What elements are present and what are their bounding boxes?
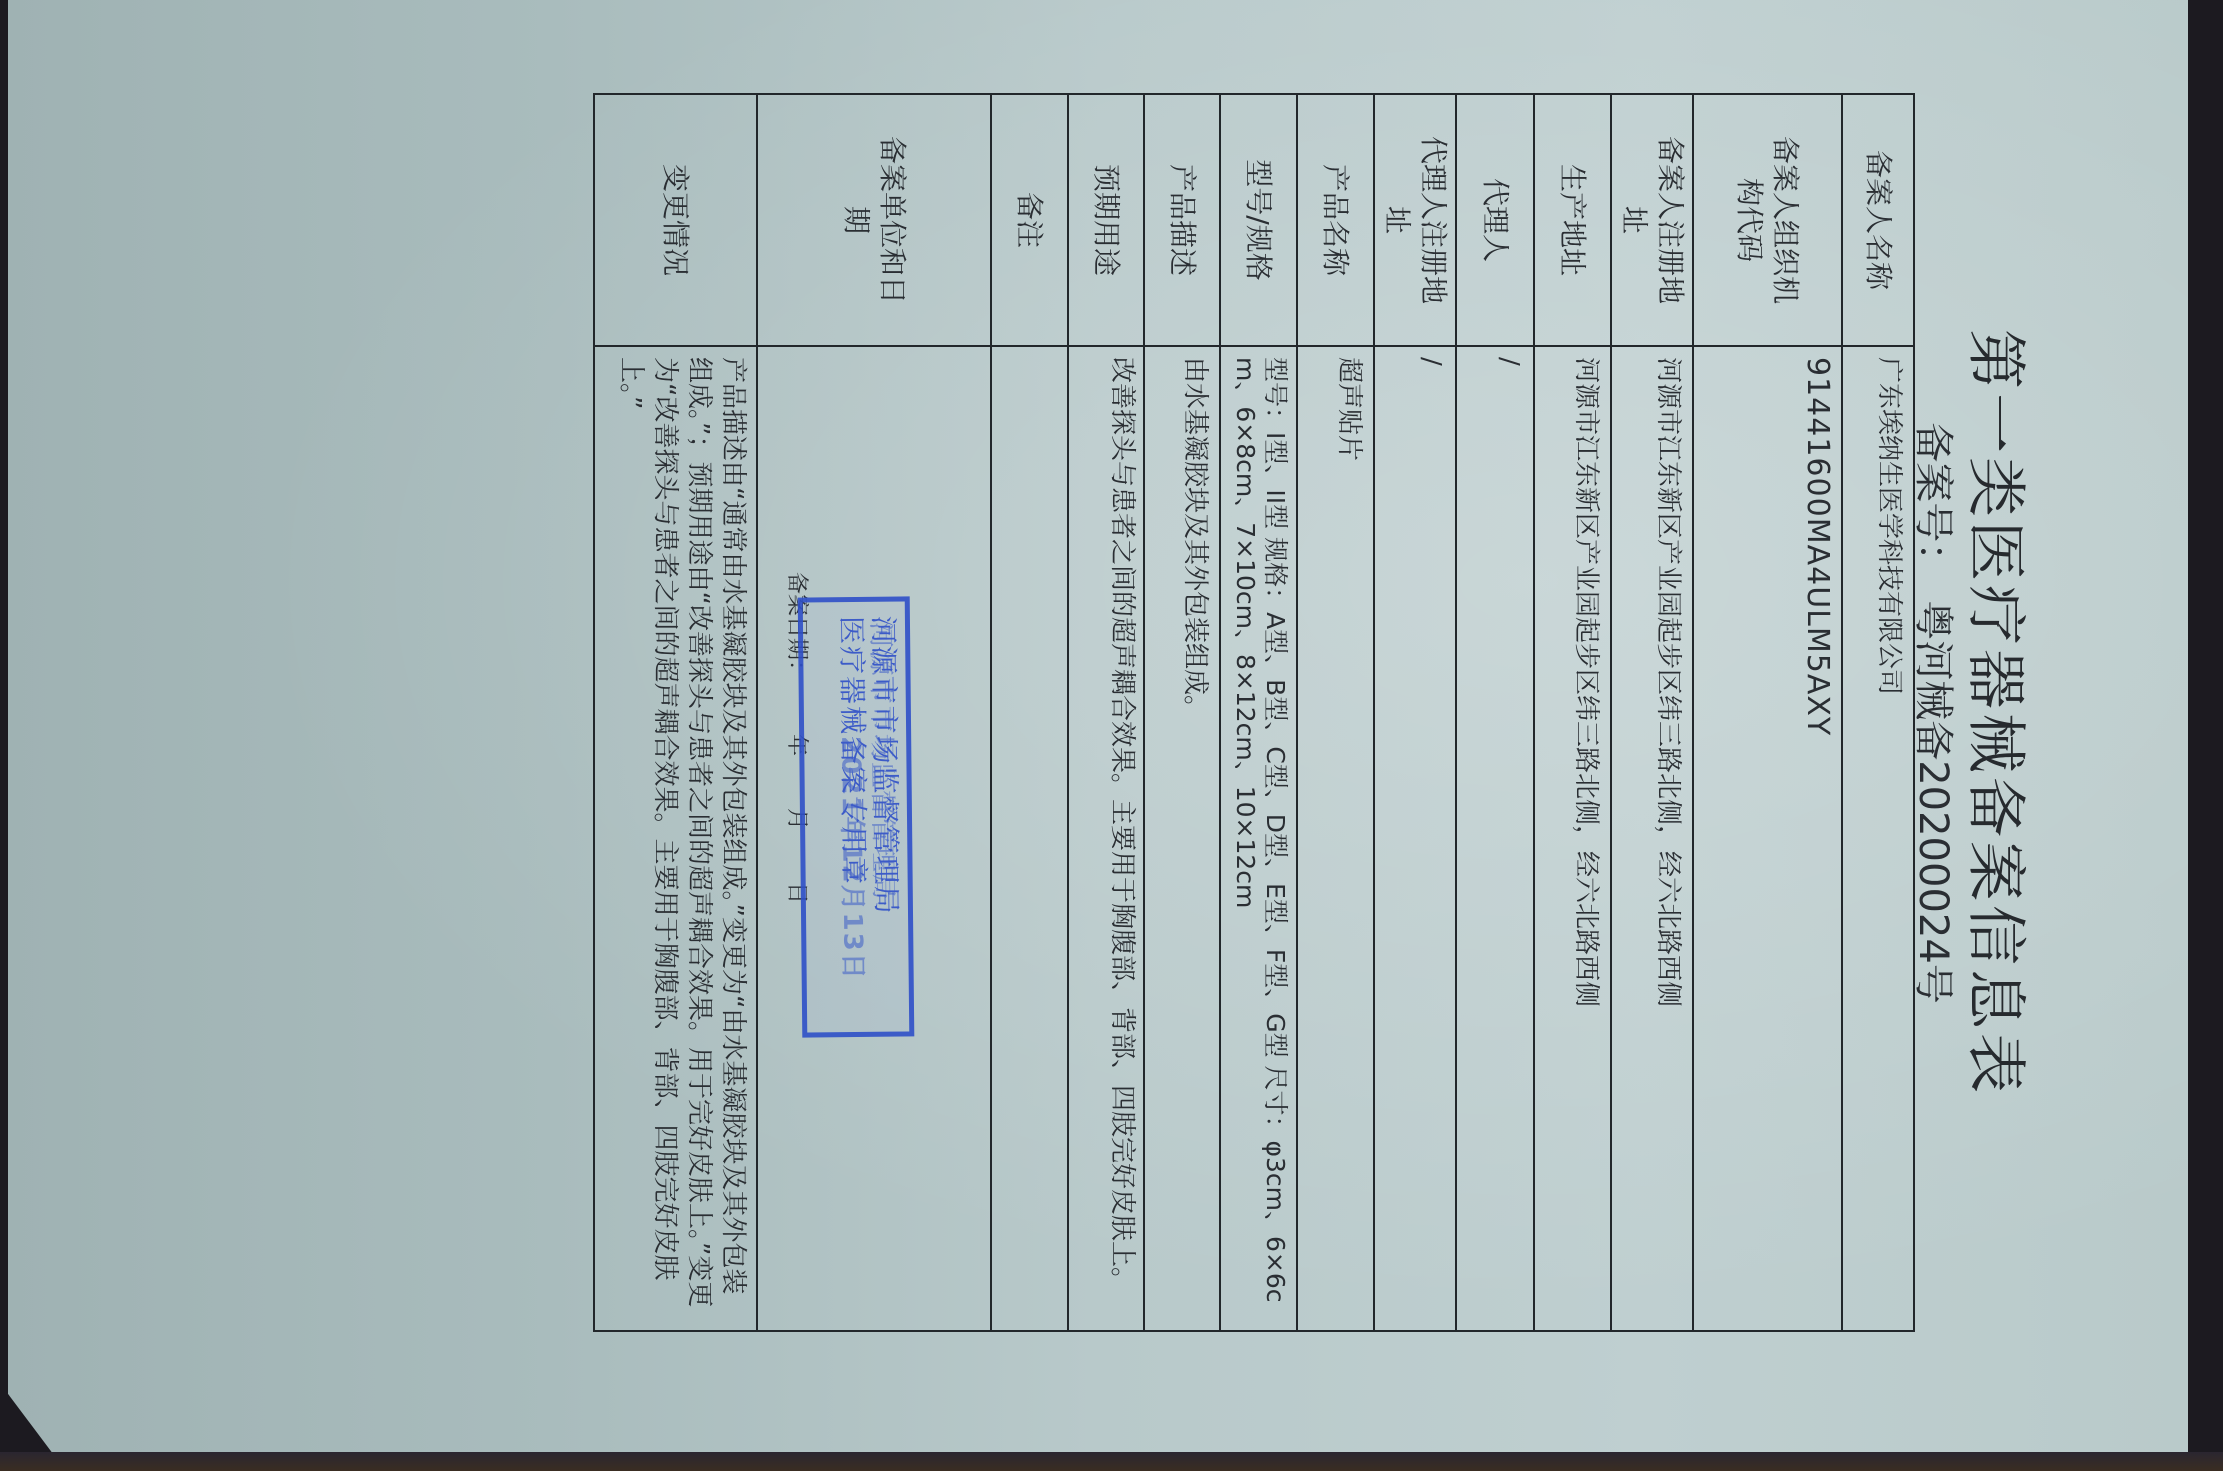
desk-edge — [0, 1452, 2223, 1471]
label-filer-name: 备案人名称 — [1842, 94, 1914, 346]
table-row-production-address: 生产地址 河源市江东新区产业园起步区纬三路北侧，经六北路西侧 — [1534, 94, 1611, 1331]
value-change-info: 产品描述由“通常由水基凝胶块及其外包装组成。”变更为“由水基凝胶块及其外包装组成… — [594, 346, 757, 1331]
registration-number-line: 备案号：粤河械备20200024号 — [1908, 93, 1965, 1333]
label-agent-address: 代理人注册地址 — [1374, 94, 1456, 346]
value-remarks — [991, 346, 1068, 1331]
value-filer-address: 河源市江东新区产业园起步区纬三路北侧，经六北路西侧 — [1611, 346, 1693, 1331]
registration-label: 备案号： — [1910, 422, 1956, 582]
value-agent: / — [1456, 346, 1534, 1331]
value-filer-name: 广东埃纳生医学科技有限公司 — [1842, 346, 1914, 1331]
value-production-address: 河源市江东新区产业园起步区纬三路北侧，经六北路西侧 — [1534, 346, 1611, 1331]
label-product-description: 产品描述 — [1144, 94, 1220, 346]
table-row-model-spec: 型号/规格 型号：I型、II型 规格：A型、B型、C型、D型、E型、F型、G型 … — [1220, 94, 1297, 1331]
value-product-name: 超声贴片 — [1297, 346, 1374, 1331]
registration-number: 粤河械备20200024号 — [1910, 600, 1956, 1004]
official-stamp: 河源市市场监督管理局 河源市市场监督管理局 医疗器械备案专用章 2021年12月… — [798, 596, 915, 1037]
label-agent: 代理人 — [1456, 94, 1534, 346]
label-filing-unit: 备案单位和日期 — [757, 94, 991, 346]
filing-form: 第一类医疗器械备案信息表 备案号：粤河械备20200024号 备案人名称 广东埃… — [618, 93, 2148, 1333]
label-model-spec: 型号/规格 — [1220, 94, 1297, 346]
document-title: 第一类医疗器械备案信息表 — [1957, 93, 2043, 1333]
filing-info-table: 备案人名称 广东埃纳生医学科技有限公司 备案人组织机构代码 91441600MA… — [593, 93, 1915, 1332]
table-row-agent: 代理人 / — [1456, 94, 1534, 1331]
value-filing-unit: 备案日期：年月日 河源市市场监督管理局 河源市市场监督管理局 医疗器械备案专用章… — [757, 346, 991, 1331]
label-org-code: 备案人组织机构代码 — [1693, 94, 1842, 346]
table-row-intended-use: 预期用途 改善探头与患者之间的超声耦合效果。主要用于胸腹部、背部、四肢完好皮肤上… — [1068, 94, 1144, 1331]
value-model-spec: 型号：I型、II型 规格：A型、B型、C型、D型、E型、F型、G型 尺寸：φ3c… — [1220, 346, 1297, 1331]
table-row-filing-unit: 备案单位和日期 备案日期：年月日 河源市市场监督管理局 河源市市场监督管理局 医… — [757, 94, 991, 1331]
table-row-change-info: 变更情况 产品描述由“通常由水基凝胶块及其外包装组成。”变更为“由水基凝胶块及其… — [594, 94, 757, 1331]
value-intended-use: 改善探头与患者之间的超声耦合效果。主要用于胸腹部、背部、四肢完好皮肤上。 — [1068, 346, 1144, 1331]
table-row-product-description: 产品描述 由水基凝胶块及其外包装组成。 — [1144, 94, 1220, 1331]
stamp-date: 2021年12月13日 — [834, 736, 869, 981]
value-org-code: 91441600MA4ULM5AXY — [1693, 346, 1842, 1331]
table-row-org-code: 备案人组织机构代码 91441600MA4ULM5AXY — [1693, 94, 1842, 1331]
stamp-line-seal: 医疗器械备案专用章 2021年12月13日 — [835, 616, 871, 1018]
label-change-info: 变更情况 — [594, 94, 757, 346]
paper-sheet: 第一类医疗器械备案信息表 备案号：粤河械备20200024号 备案人名称 广东埃… — [8, 0, 2188, 1452]
stamp-line-authority: 河源市市场监督管理局 河源市市场监督管理局 — [867, 616, 903, 1018]
value-product-description: 由水基凝胶块及其外包装组成。 — [1144, 346, 1220, 1331]
table-row-filer-address: 备案人注册地址 河源市江东新区产业园起步区纬三路北侧，经六北路西侧 — [1611, 94, 1693, 1331]
table-row-remarks: 备注 — [991, 94, 1068, 1331]
value-agent-address: / — [1374, 346, 1456, 1331]
table-row-product-name: 产品名称 超声贴片 — [1297, 94, 1374, 1331]
label-product-name: 产品名称 — [1297, 94, 1374, 346]
label-production-address: 生产地址 — [1534, 94, 1611, 346]
label-remarks: 备注 — [991, 94, 1068, 346]
label-intended-use: 预期用途 — [1068, 94, 1144, 346]
table-row-filer-name: 备案人名称 广东埃纳生医学科技有限公司 — [1842, 94, 1914, 1331]
label-filer-address: 备案人注册地址 — [1611, 94, 1693, 346]
table-row-agent-address: 代理人注册地址 / — [1374, 94, 1456, 1331]
